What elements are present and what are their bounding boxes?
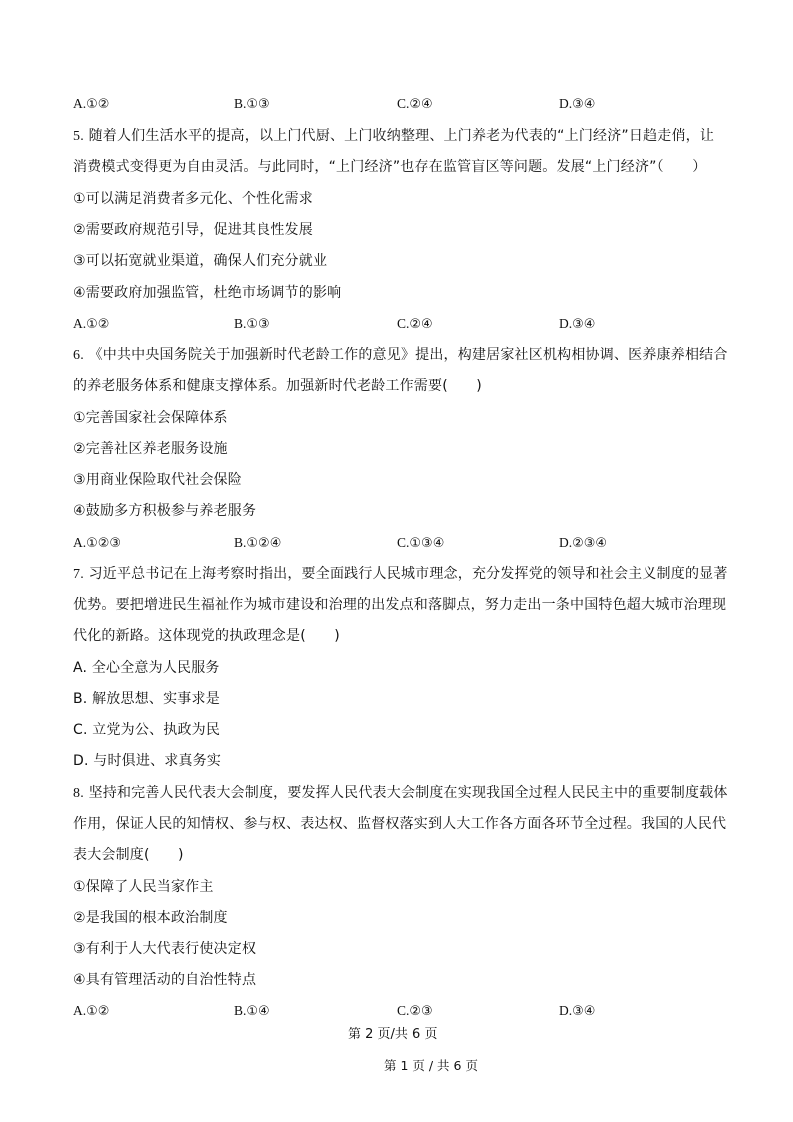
q6-statement-2: ②完善社区养老服务设施 <box>73 440 228 458</box>
q8-stem-line-3: 表大会制度( ) <box>73 846 184 864</box>
q4-option-a: A.①② <box>73 95 109 114</box>
q6-option-d: D.②③④ <box>559 534 607 553</box>
q7-choice-d: D. 与时俱进、求真务实 <box>73 752 221 770</box>
q6-statement-4: ④鼓励多方积极参与养老服务 <box>73 502 256 520</box>
q8-options: A.①② B.①④ C.②③ D.③④ <box>73 1002 713 1020</box>
q4-option-d: D.③④ <box>559 95 595 114</box>
q7-stem-line-1: 7. 习近平总书记在上海考察时指出，要全面践行人民城市理念，充分发挥党的领导和社… <box>73 565 728 584</box>
q6-stem-line-2: 的养老服务体系和健康支撑体系。加强新时代老龄工作需要( ) <box>73 377 482 395</box>
q7-choice-a: A. 全心全意为人民服务 <box>73 659 220 677</box>
q8-stem-line-1: 8. 坚持和完善人民代表大会制度，要发挥人民代表大会制度在实现我国全过程人民民主… <box>73 784 728 803</box>
q7-choice-c: C. 立党为公、执政为民 <box>73 721 220 739</box>
q5-option-a: A.①② <box>73 315 109 334</box>
q8-option-a: A.①② <box>73 1002 109 1021</box>
q5-statement-1: ①可以满足消费者多元化、个性化需求 <box>73 190 313 208</box>
q6-option-b: B.①②④ <box>234 534 281 553</box>
q5-option-b: B.①③ <box>234 315 270 334</box>
q6-stem-line-1: 6. 《中共中央国务院关于加强新时代老龄工作的意见》提出，构建居家社区机构相协调… <box>73 346 728 365</box>
q6-statement-1: ①完善国家社会保障体系 <box>73 409 228 427</box>
q5-option-d: D.③④ <box>559 315 595 334</box>
q8-statement-2: ②是我国的根本政治制度 <box>73 909 228 927</box>
outer-page-number: 第 1 页 / 共 6 页 <box>384 1058 478 1074</box>
q8-option-b: B.①④ <box>234 1002 270 1021</box>
q5-option-c: C.②④ <box>397 315 433 334</box>
q5-options: A.①② B.①③ C.②④ D.③④ <box>73 315 713 333</box>
q4-options: A.①② B.①③ C.②④ D.③④ <box>73 95 713 113</box>
q7-stem-line-2: 优势。要把增进民生福祉作为城市建设和治理的出发点和落脚点，努力走出一条中国特色超… <box>73 596 726 614</box>
q6-option-c: C.①③④ <box>397 534 444 553</box>
q7-choice-b: B. 解放思想、实事求是 <box>73 690 220 708</box>
q4-option-c: C.②④ <box>397 95 433 114</box>
inner-page-number: 第 2 页/共 6 页 <box>348 1027 437 1043</box>
q5-stem-line-2: 消费模式变得更为自由灵活。与此同时，“上门经济”也存在监管盲区等问题。发展“上门… <box>73 158 706 176</box>
q5-stem-line-1: 5. 随着人们生活水平的提高，以上门代厨、上门收纳整理、上门养老为代表的“上门经… <box>73 127 714 146</box>
q8-option-d: D.③④ <box>559 1002 595 1021</box>
q6-statement-3: ③用商业保险取代社会保险 <box>73 471 242 489</box>
q6-option-a: A.①②③ <box>73 534 121 553</box>
q8-stem-line-2: 作用，保证人民的知情权、参与权、表达权、监督权落实到人大工作各方面各环节全过程。… <box>73 815 726 833</box>
q5-statement-3: ③可以拓宽就业渠道，确保人们充分就业 <box>73 252 327 270</box>
q4-option-b: B.①③ <box>234 95 270 114</box>
q6-options: A.①②③ B.①②④ C.①③④ D.②③④ <box>73 534 713 552</box>
q8-option-c: C.②③ <box>397 1002 433 1021</box>
q8-statement-4: ④具有管理活动的自治性特点 <box>73 971 256 989</box>
q8-statement-3: ③有利于人大代表行使决定权 <box>73 940 256 958</box>
q7-stem-line-3: 代化的新路。这体现党的执政理念是( ) <box>73 627 340 645</box>
q8-statement-1: ①保障了人民当家作主 <box>73 878 214 896</box>
q5-statement-2: ②需要政府规范引导，促进其良性发展 <box>73 221 313 239</box>
q5-statement-4: ④需要政府加强监管，杜绝市场调节的影响 <box>73 284 341 302</box>
